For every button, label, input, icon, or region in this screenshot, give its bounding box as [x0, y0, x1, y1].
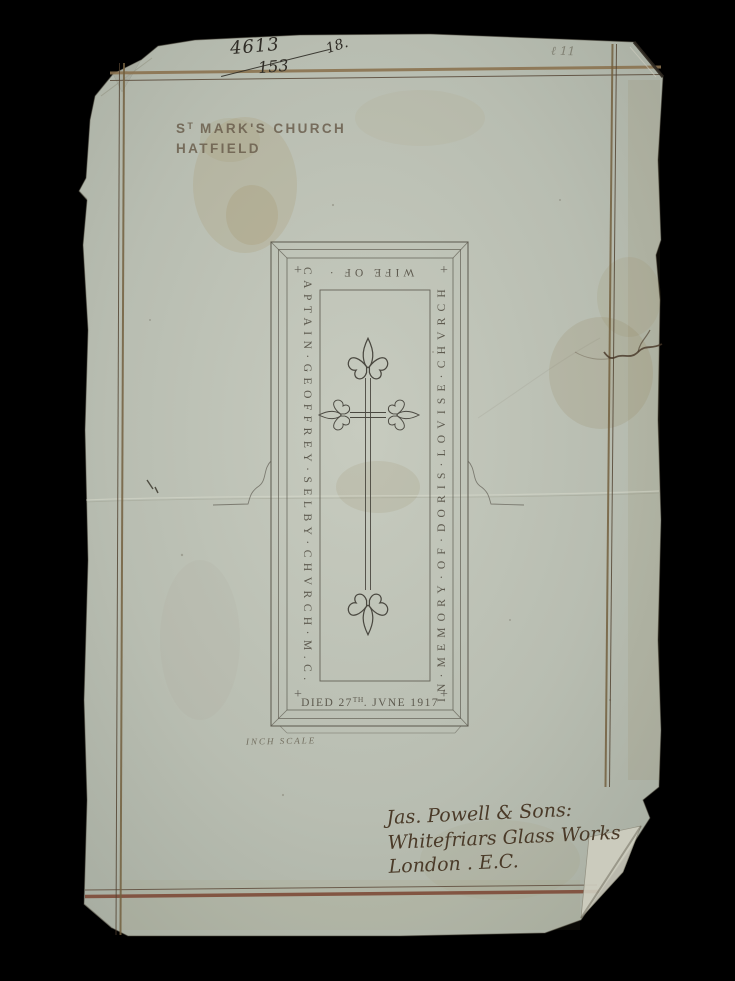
- church-place-heading: HATFIELD: [176, 141, 261, 156]
- tablet-bottom-band: DIED 27TH. JVNE 1917: [292, 691, 448, 708]
- church-name-rest: MARK'S CHURCH: [194, 121, 346, 136]
- church-name-heading: ST MARK'S CHURCH: [176, 121, 346, 136]
- tablet-bottom-superscript: TH: [353, 695, 364, 704]
- tablet-bottom-suffix: . JVNE 1917: [364, 697, 439, 709]
- corner-cross-top-left: +: [291, 264, 305, 278]
- inch-scale-label: INCH SCALE: [246, 735, 316, 746]
- corner-cross-bottom-right: +: [437, 688, 451, 702]
- catalog-number-numerator: 4613: [229, 34, 280, 59]
- paper-drawing-canvas: [0, 0, 735, 981]
- church-name-prefix: S: [176, 121, 187, 136]
- corner-cross-bottom-left: +: [291, 688, 305, 702]
- catalog-number-denominator: 153: [257, 56, 289, 78]
- tablet-bottom-prefix: DIED 27: [301, 697, 353, 709]
- faint-pencil-mark: ℓ 11: [551, 44, 576, 60]
- tablet-left-band: CAPTAIN·GEOFFREY·SELBY·CHVRCH·M.C.: [294, 267, 320, 697]
- tablet-right-band: IN·MEMORY·OF·DORIS·LOVISE·CHVRCH: [430, 269, 454, 702]
- maker-signature: Jas. Powell & Sons: Whitefriars Glass Wo…: [386, 796, 622, 880]
- archival-design-drawing: 4613 153 18. ℓ 11 ST MARK'S CHURCH HATFI…: [0, 0, 735, 981]
- corner-cross-top-right: +: [437, 264, 451, 278]
